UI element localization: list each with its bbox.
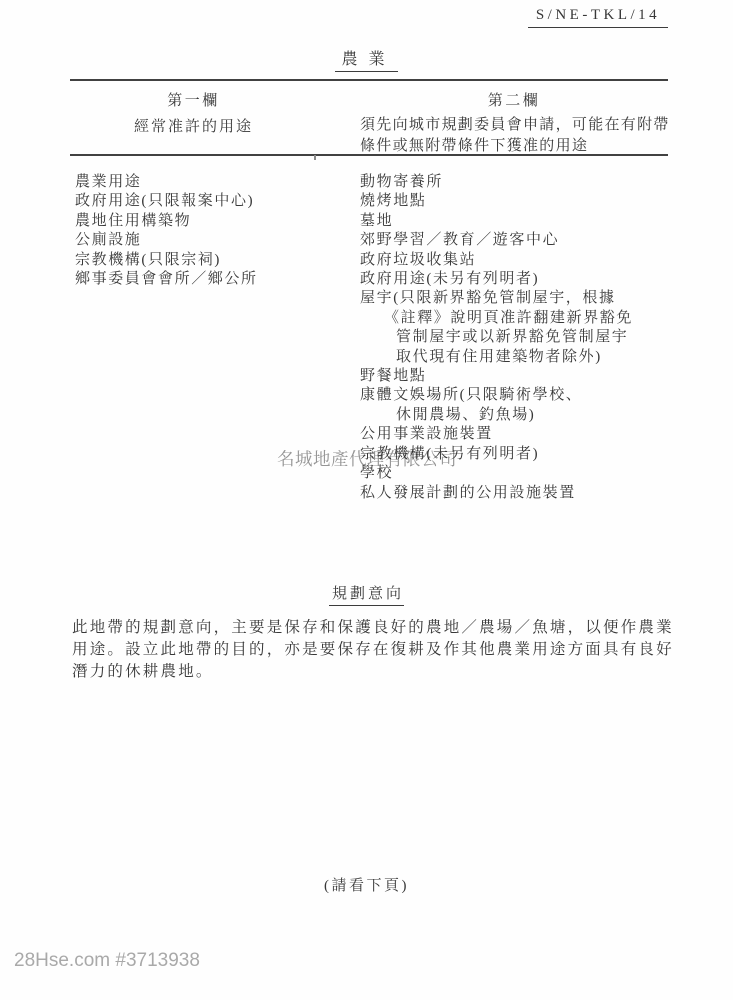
planning-intention-heading-wrap: 規劃意向 (0, 582, 733, 606)
column2-header: 第二欄 (360, 89, 668, 110)
column1-use-item: 農業用途 (75, 173, 258, 192)
document-page: S/NE-TKL/14 農業 第一欄 第二欄 經常准許的用途 須先向城市規劃委員… (0, 0, 733, 1000)
planning-intention-heading: 規劃意向 (329, 582, 404, 606)
column2-use-line: 私人發展計劃的公用設施裝置 (360, 484, 633, 503)
estate-agency-watermark: 名城地產代理有限公司 (277, 446, 457, 471)
column2-use-line: 公用事業設施裝置 (360, 425, 633, 444)
column1-subheader: 經常准許的用途 (72, 115, 315, 136)
paragraph-line: 用途。設立此地帶的目的，亦是要保存在復耕及作其他農業用途方面具有良好 (72, 639, 677, 661)
column2-subheader: 須先向城市規劃委員會申請，可能在有附帶 條件或無附帶條件下獲准的用途 (360, 115, 674, 156)
see-next-page-note: (請看下頁) (0, 874, 733, 895)
column1-use-item: 鄉事委員會會所／鄉公所 (75, 270, 258, 289)
planning-intention-paragraph: 此地帶的規劃意向，主要是保存和保護良好的農地／農場／魚塘，以便作農業 用途。設立… (72, 617, 677, 683)
column1-header: 第一欄 (72, 89, 315, 110)
column2-subheader-line: 須先向城市規劃委員會申請，可能在有附帶 (360, 115, 674, 136)
column2-use-line-continuation: 《註釋》說明頁准許翻建新界豁免 (360, 309, 633, 328)
table-column-divider-tick (314, 155, 316, 160)
section-title-wrap: 農業 (0, 46, 733, 72)
column2-use-line: 康體文娛場所(只限騎術學校、 (360, 386, 633, 405)
column1-use-item: 宗教機構(只限宗祠) (75, 251, 258, 270)
table-top-rule (70, 79, 668, 81)
28hse-listing-watermark: 28Hse.com #3713938 (14, 950, 200, 972)
section-title-agriculture: 農業 (335, 46, 397, 72)
column1-uses-list: 農業用途 政府用途(只限報案中心) 農地住用構築物 公廁設施 宗教機構(只限宗祠… (75, 173, 258, 289)
table-header-rule (70, 154, 668, 156)
column2-use-line: 燒烤地點 (360, 192, 633, 211)
column2-subheader-line: 條件或無附帶條件下獲准的用途 (360, 136, 674, 157)
column2-use-line: 政府垃圾收集站 (360, 251, 633, 270)
column2-use-line: 動物寄養所 (360, 173, 633, 192)
paragraph-line: 潛力的休耕農地。 (72, 661, 677, 683)
column2-use-line: 野餐地點 (360, 367, 633, 386)
column2-use-line: 屋宇(只限新界豁免管制屋宇，根據 (360, 289, 633, 308)
column2-use-line-continuation: 取代現有住用建築物者除外) (360, 348, 633, 367)
column2-use-line: 政府用途(未另有列明者) (360, 270, 633, 289)
column1-use-item: 公廁設施 (75, 231, 258, 250)
paragraph-line: 此地帶的規劃意向，主要是保存和保護良好的農地／農場／魚塘，以便作農業 (72, 617, 677, 639)
column2-use-line-continuation: 管制屋宇或以新界豁免管制屋宇 (360, 328, 633, 347)
column1-use-item: 農地住用構築物 (75, 212, 258, 231)
column1-use-item: 政府用途(只限報案中心) (75, 192, 258, 211)
column2-use-line: 墓地 (360, 212, 633, 231)
column2-use-line-continuation: 休閒農場、釣魚場) (360, 406, 633, 425)
column2-use-line: 郊野學習／教育／遊客中心 (360, 231, 633, 250)
plan-reference-number: S/NE-TKL/14 (528, 7, 668, 28)
